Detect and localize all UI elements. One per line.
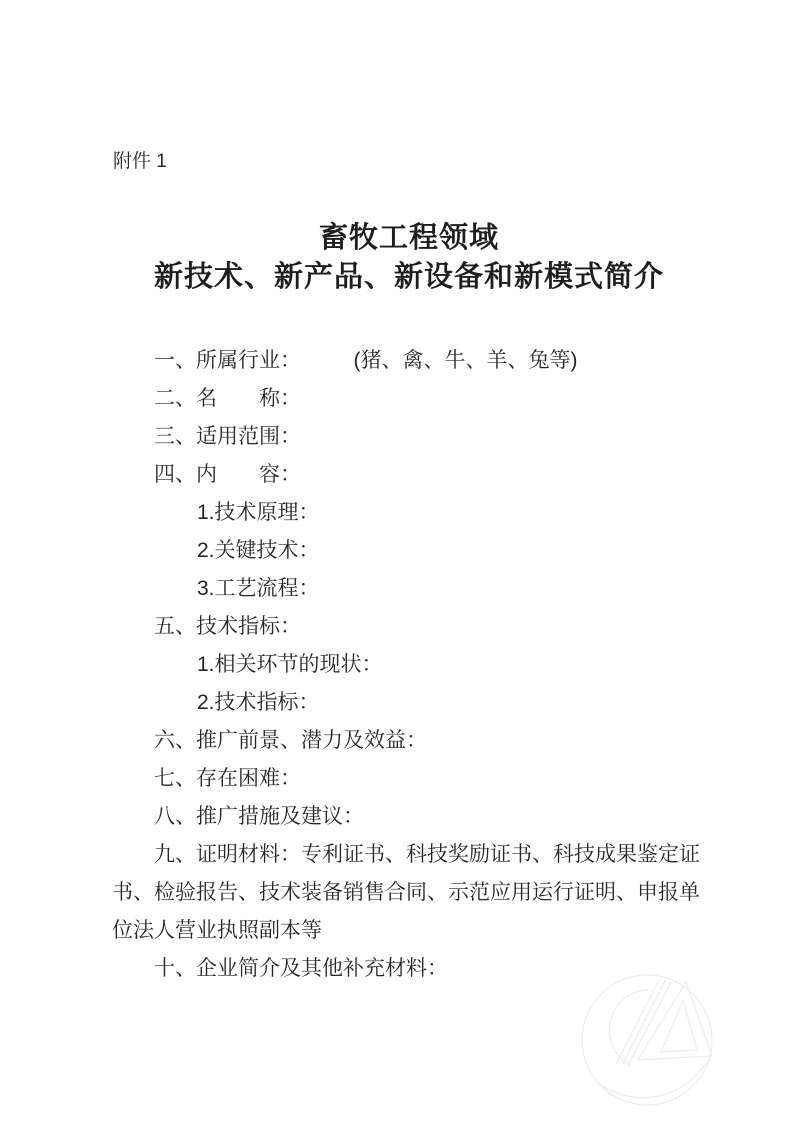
document-page: 附件 1 畜牧工程领域 新技术、新产品、新设备和新模式简介 一、所属行业： (猪… [0,0,794,1123]
doc-line-company-profile: 十、企业简介及其他补充材料： [112,950,706,988]
doc-line-content: 四、内 容： [112,456,706,494]
title-line-2: 新技术、新产品、新设备和新模式简介 [112,258,706,297]
doc-line-tech-index: 五、技术指标： [112,608,706,646]
doc-line-tech-index-sub: 2.技术指标： [112,684,706,722]
doc-line-materials-3: 位法人营业执照副本等 [112,912,706,950]
doc-line-key-tech: 2.关键技术： [112,532,706,570]
doc-line-name: 二、名 称： [112,380,706,418]
title-line-1: 畜牧工程领域 [112,219,706,258]
doc-line-tech-principle: 1.技术原理： [112,494,706,532]
doc-line-materials-1: 九、证明材料：专利证书、科技奖励证书、科技成果鉴定证 [112,836,706,874]
document-title: 畜牧工程领域 新技术、新产品、新设备和新模式简介 [112,219,706,297]
doc-line-prospects: 六、推广前景、潜力及效益： [112,722,706,760]
doc-line-scope: 三、适用范围： [112,418,706,456]
doc-line-suggestions: 八、推广措施及建议： [112,798,706,836]
doc-line-materials-2: 书、检验报告、技术装备销售合同、示范应用运行证明、申报单 [112,874,706,912]
doc-line-industry: 一、所属行业： (猪、禽、牛、羊、兔等) [112,342,706,380]
doc-line-process-flow: 3.工艺流程： [112,570,706,608]
attachment-label: 附件 1 [113,151,167,173]
doc-line-difficulties: 七、存在困难： [112,760,706,798]
doc-line-current-status: 1.相关环节的现状： [112,646,706,684]
document-body: 一、所属行业： (猪、禽、牛、羊、兔等) 二、名 称： 三、适用范围： 四、内 … [112,342,706,988]
